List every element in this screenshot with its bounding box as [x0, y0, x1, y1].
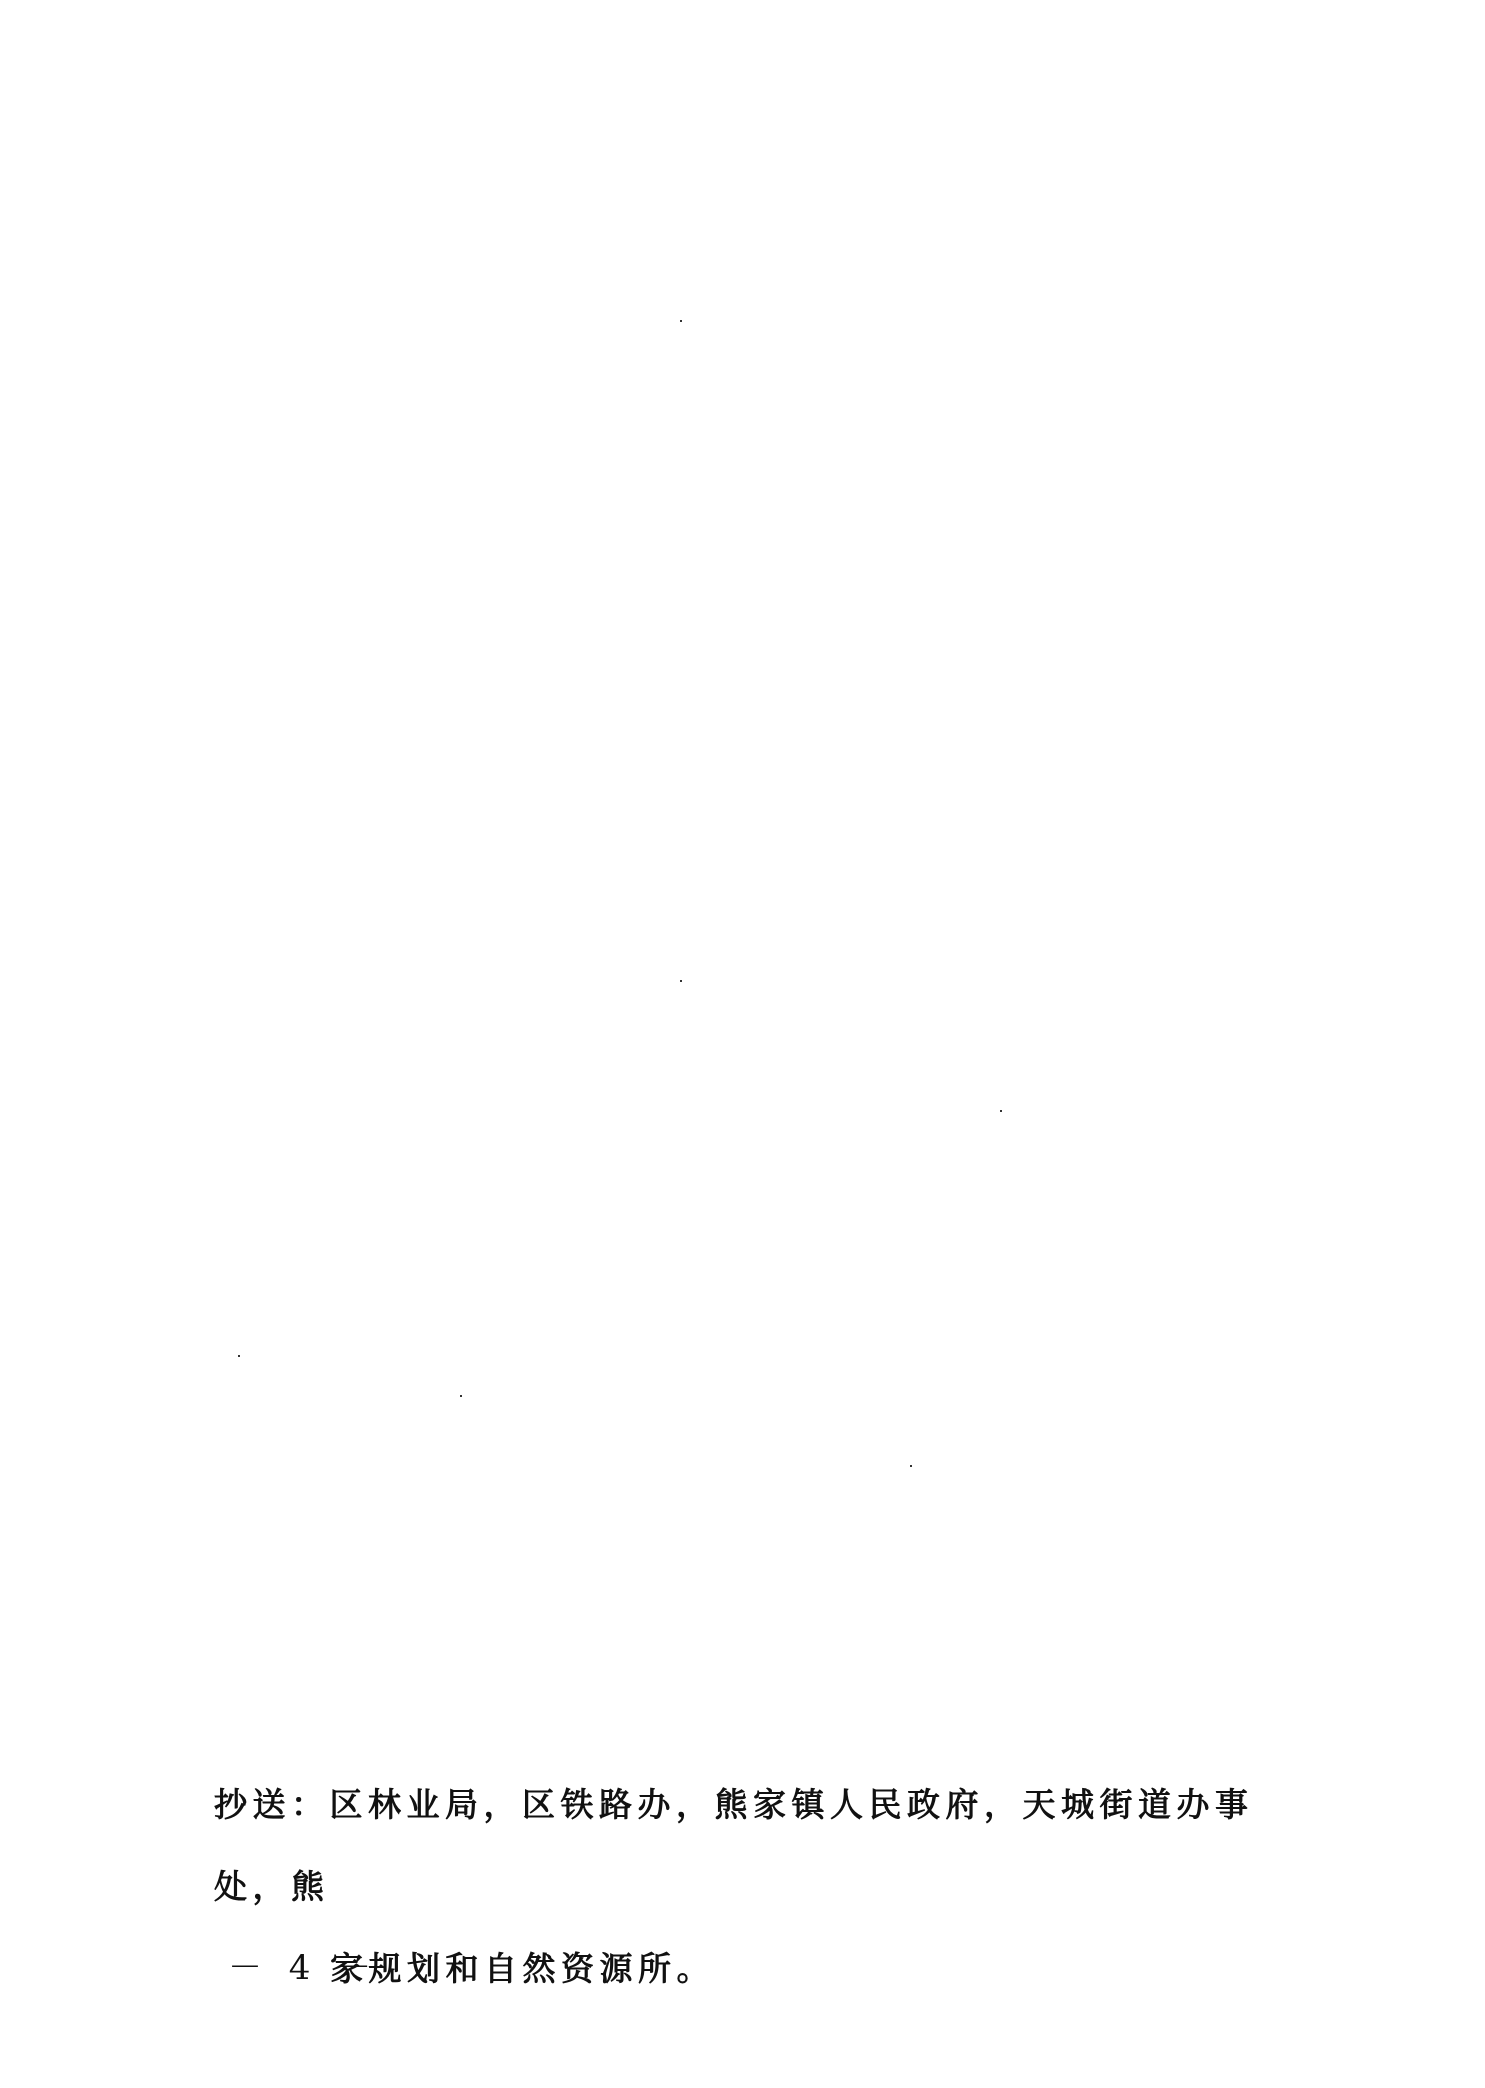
scan-speck [238, 1355, 240, 1357]
cc-recipients-line1: 区林业局，区铁路办，熊家镇人民政府，天城街道办事处，熊 [214, 1785, 1254, 1906]
scan-speck [910, 1465, 912, 1467]
scan-speck [680, 980, 682, 982]
cc-label: 抄送： [214, 1785, 330, 1824]
scan-speck [680, 320, 682, 322]
page-number: － 4 － [228, 1940, 379, 1989]
scan-speck [460, 1395, 462, 1397]
document-page: 抄送：区林业局，区铁路办，熊家镇人民政府，天城街道办事处，熊 家规划和自然资源所… [0, 0, 1485, 2088]
scan-speck [1000, 1110, 1002, 1112]
